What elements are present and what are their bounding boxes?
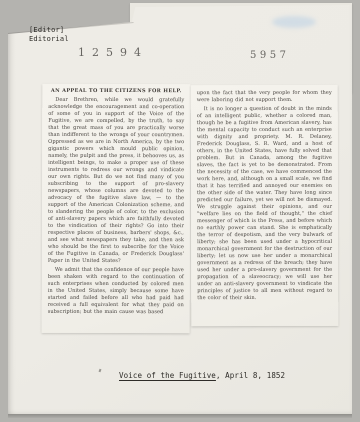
source-caption: Voice of the Fugitive, April 8, 1852: [119, 371, 285, 380]
scanned-document-photo: [Editor] Editorial 12594 5957 AN APPEAL …: [0, 0, 360, 422]
blue-ink-smudge: [272, 16, 316, 28]
stamp-number-left: 12594: [78, 46, 148, 59]
editor-annotation: [Editor] Editorial: [29, 26, 69, 43]
source-title: Voice of the Fugitive: [119, 371, 216, 380]
article-paragraph: We admit that the confidence of our peop…: [48, 267, 184, 316]
source-date: , April 8, 1852: [216, 371, 285, 380]
article-paragraph: It is no longer a question of doubt in t…: [197, 106, 333, 302]
clipping-left-column: AN APPEAL TO THE CITIZENS FOR HELP. Dear…: [42, 84, 191, 333]
article-headline: AN APPEAL TO THE CITIZENS FOR HELP.: [48, 88, 184, 94]
article-paragraph: Dear Brethren, while we would gratefully…: [48, 97, 184, 265]
stamp-number-right: 5957: [250, 50, 289, 61]
article-paragraph: upon the fact that the very people for w…: [197, 90, 332, 104]
sheet-bottom-shadow: [8, 414, 352, 418]
clipping-right-column: upon the fact that the very people for w…: [191, 85, 339, 326]
